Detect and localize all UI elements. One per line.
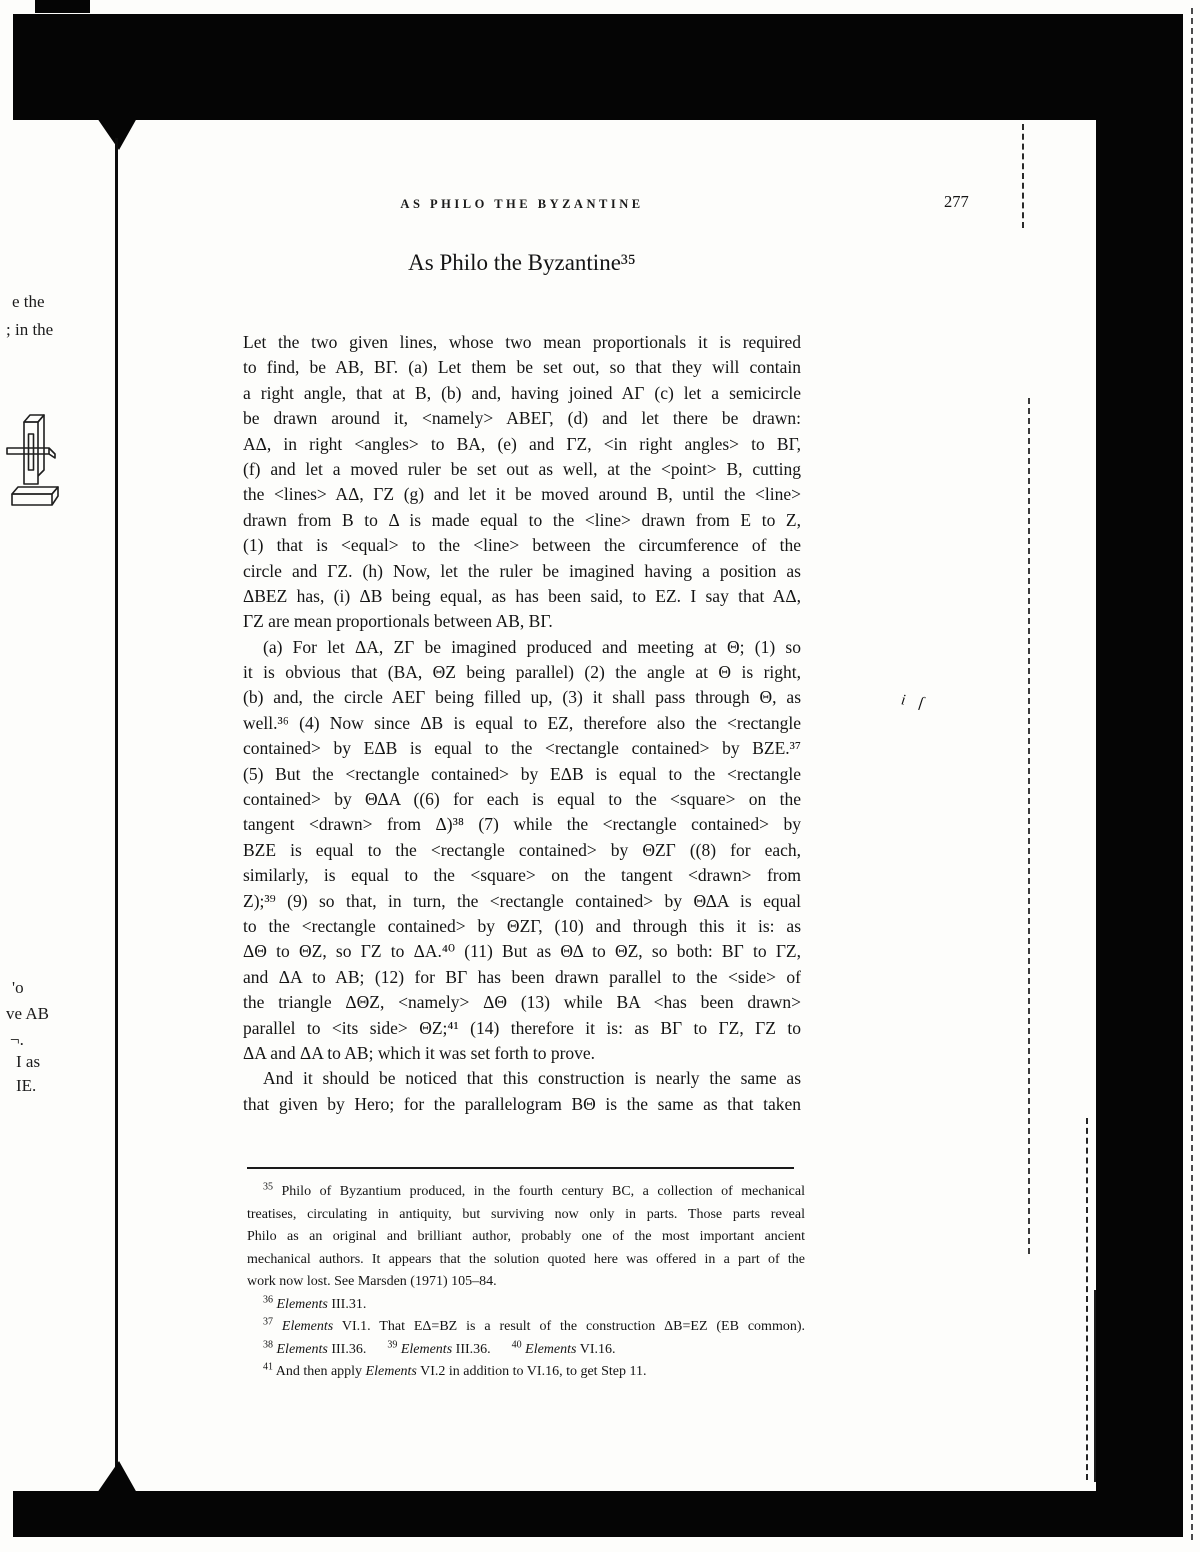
footnote-text: VI.16. xyxy=(576,1342,615,1357)
text-line: (5) But the <rectangle contained> by EΔB… xyxy=(243,762,801,787)
footnote-number: 40 xyxy=(512,1339,522,1350)
bottom-scan-band xyxy=(13,1491,1183,1537)
page-number: 277 xyxy=(944,192,969,212)
ink-mark-artifact: i ſ xyxy=(900,692,929,713)
facing-page-text-fragment: I as xyxy=(16,1052,40,1072)
footnote-text: Elements xyxy=(366,1364,417,1379)
page-edge-artifact xyxy=(1094,1290,1096,1482)
top-scan-band xyxy=(13,14,1183,120)
body-text: Let the two given lines, whose two mean … xyxy=(243,330,801,1117)
text-line: drawn from B to Δ is made equal to the <… xyxy=(243,508,801,533)
footnote-text: VI.1. That EΔ=BZ is a result of the cons… xyxy=(333,1319,805,1334)
marginal-figure-sketch xyxy=(4,410,66,514)
text-line: ΔA and ΔA to AB; which it was set forth … xyxy=(243,1041,801,1066)
text-line: ΔΘ to ΘZ, so ΓZ to ΔA.⁴⁰ (11) But as ΘΔ … xyxy=(243,939,801,964)
footnote-text: Elements xyxy=(401,1342,452,1357)
text-line: and ΔA to AB; (12) for BΓ has been drawn… xyxy=(243,965,801,990)
footnote-number: 37 xyxy=(263,1316,273,1327)
footnote-number: 38 xyxy=(263,1339,273,1350)
footnote-line: treatises, circulating in antiquity, but… xyxy=(247,1204,805,1227)
footnote-separator-rule xyxy=(247,1167,794,1169)
text-line: contained> by ΘΔA ((6) for each is equal… xyxy=(243,787,801,812)
text-line: parallel to <its side> ΘZ;⁴¹ (14) theref… xyxy=(243,1016,801,1041)
footnote-line: mechanical authors. It appears that the … xyxy=(247,1249,805,1272)
footnote-text: III.36. xyxy=(452,1342,491,1357)
text-line: Z);³⁹ (9) so that, in turn, the <rectang… xyxy=(243,889,801,914)
scanned-book-page: e the ; in the 'o ve AB ¬. I as IE. AS P… xyxy=(0,0,1200,1552)
text-line: similarly, is equal to the <square> on t… xyxy=(243,863,801,888)
footnote-text: And then apply xyxy=(273,1364,366,1379)
footnote-text xyxy=(491,1342,512,1357)
text-line: the <lines> AΔ, ΓZ (g) and let it be mov… xyxy=(243,482,801,507)
text-line: to find, be AB, BΓ. (a) Let them be set … xyxy=(243,355,801,380)
footnote-text: Elements xyxy=(525,1342,576,1357)
footnote-text: Elements xyxy=(282,1319,333,1334)
footnote-text: mechanical authors. It appears that the … xyxy=(247,1252,805,1267)
text-line: tangent <drawn> from Δ)³⁸ (7) while the … xyxy=(243,812,801,837)
footnote-number: 36 xyxy=(263,1294,273,1305)
text-line: the triangle ΔΘZ, <namely> ΔΘ (13) while… xyxy=(243,990,801,1015)
text-line: AΔ, in right <angles> to BA, (e) and ΓZ,… xyxy=(243,432,801,457)
footnote-number: 39 xyxy=(387,1339,397,1350)
text-line: Let the two given lines, whose two mean … xyxy=(243,330,801,355)
facing-page-text-fragment: e the xyxy=(12,292,45,312)
footnote-text xyxy=(273,1319,282,1334)
page-title: As Philo the Byzantine³⁵ xyxy=(243,250,801,276)
text-line: well.³⁶ (4) Now since ΔB is equal to EZ,… xyxy=(243,711,801,736)
gutter-shadow-bottom xyxy=(97,1461,137,1493)
page-edge-artifact xyxy=(1191,8,1193,1540)
page-gutter-line xyxy=(115,138,118,1486)
text-line: that given by Hero; for the parallelogra… xyxy=(243,1092,801,1117)
device-sketch-icon xyxy=(4,410,66,514)
footnote-text: III.31. xyxy=(328,1297,367,1312)
running-head: AS PHILO THE BYZANTINE xyxy=(243,197,801,212)
page-edge-artifact xyxy=(1028,398,1030,1254)
page-edge-artifact xyxy=(1086,1118,1088,1480)
text-line: to the <rectangle contained> by ΘZΓ, (10… xyxy=(243,914,801,939)
footnote-text: treatises, circulating in antiquity, but… xyxy=(247,1207,805,1222)
text-line: (b) and, the circle AEΓ being filled up,… xyxy=(243,685,801,710)
footnote-number: 35 xyxy=(263,1181,273,1192)
corner-scan-mark xyxy=(35,0,90,13)
footnote-number: 41 xyxy=(263,1361,273,1372)
text-line: (1) that is <equal> to the <line> betwee… xyxy=(243,533,801,558)
footnotes: 35 Philo of Byzantium produced, in the f… xyxy=(247,1181,805,1384)
footnote-line: 37 Elements VI.1. That EΔ=BZ is a result… xyxy=(247,1316,805,1339)
footnote-text: Philo of Byzantium produced, in the four… xyxy=(273,1184,805,1199)
footnote-text: Elements xyxy=(277,1297,328,1312)
right-scan-band xyxy=(1096,14,1183,1533)
facing-page-text-fragment: ¬. xyxy=(10,1030,24,1050)
footnote-line: 35 Philo of Byzantium produced, in the f… xyxy=(247,1181,805,1204)
text-line: a right angle, that at B, (b) and, havin… xyxy=(243,381,801,406)
footnote-line: 36 Elements III.31. xyxy=(247,1294,805,1317)
text-line: And it should be noticed that this const… xyxy=(243,1066,801,1091)
text-line: contained> by EΔB is equal to the <recta… xyxy=(243,736,801,761)
footnote-text: VI.2 in addition to VI.16, to get Step 1… xyxy=(417,1364,647,1379)
page-edge-artifact xyxy=(1022,124,1024,228)
footnote-line: Philo as an original and brilliant autho… xyxy=(247,1226,805,1249)
footnote-text: work now lost. See Marsden (1971) 105–84… xyxy=(247,1274,497,1289)
text-line: BZE is equal to the <rectangle contained… xyxy=(243,838,801,863)
facing-page-text-fragment: IE. xyxy=(16,1076,36,1096)
text-line: it is obvious that (BA, ΘZ being paralle… xyxy=(243,660,801,685)
text-line: ΓZ are mean proportionals between AB, BΓ… xyxy=(243,609,801,634)
text-line: circle and ΓZ. (h) Now, let the ruler be… xyxy=(243,559,801,584)
footnote-line: work now lost. See Marsden (1971) 105–84… xyxy=(247,1271,805,1294)
facing-page-text-fragment: ; in the xyxy=(6,320,53,340)
text-line: be drawn around it, <namely> ABEΓ, (d) a… xyxy=(243,406,801,431)
footnote-text: Elements xyxy=(277,1342,328,1357)
footnote-line: 38 Elements III.36. 39 Elements III.36. … xyxy=(247,1339,805,1362)
text-line: (a) For let ΔA, ZΓ be imagined produced … xyxy=(243,635,801,660)
facing-page-text-fragment: 'o xyxy=(12,978,24,998)
text-line: ΔBEZ has, (i) ΔB being equal, as has bee… xyxy=(243,584,801,609)
footnote-text: III.36. xyxy=(328,1342,367,1357)
footnote-line: 41 And then apply Elements VI.2 in addit… xyxy=(247,1361,805,1384)
text-line: (f) and let a moved ruler be set out as … xyxy=(243,457,801,482)
footnote-text: Philo as an original and brilliant autho… xyxy=(247,1229,805,1244)
facing-page-text-fragment: ve AB xyxy=(6,1004,49,1024)
footnote-text xyxy=(366,1342,387,1357)
